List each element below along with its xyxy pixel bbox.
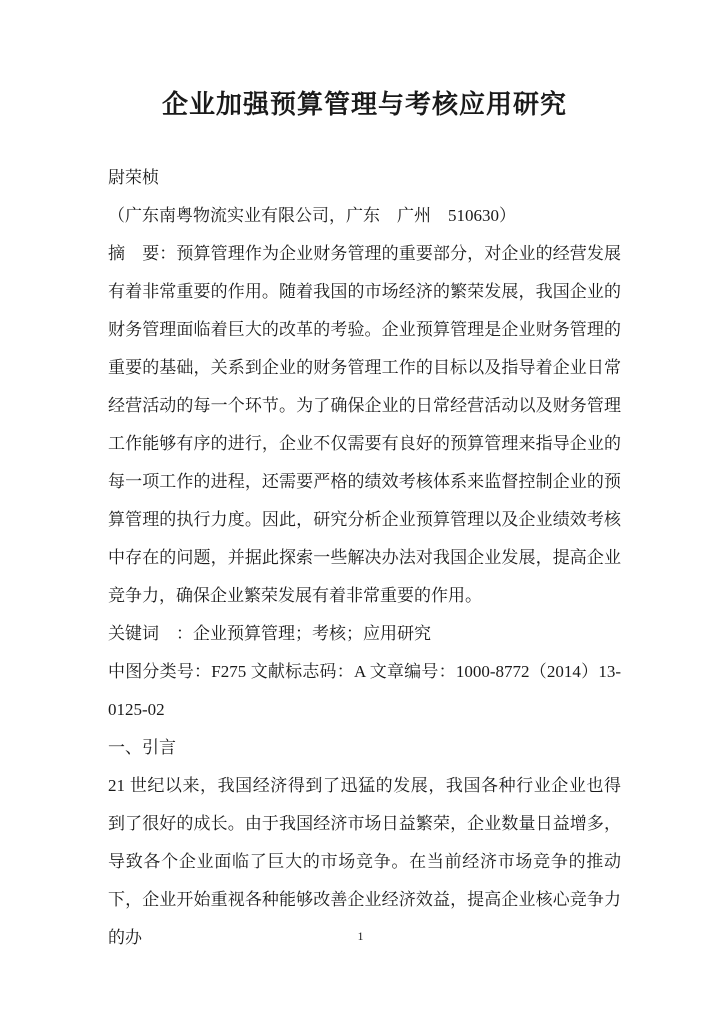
abstract-label: 摘 要：	[108, 244, 176, 263]
section-heading: 一、引言	[108, 729, 621, 767]
classification-line: 中图分类号：F275 文献标志码：A 文章编号：1000-8772（2014）1…	[108, 653, 621, 729]
keywords-line: 关键词 ：企业预算管理；考核；应用研究	[108, 615, 621, 653]
author-affiliation: （广东南粤物流实业有限公司，广东 广州 510630）	[108, 197, 621, 235]
keywords-text: 企业预算管理；考核；应用研究	[193, 624, 431, 643]
document-page: 企业加强预算管理与考核应用研究 尉荣桢 （广东南粤物流实业有限公司，广东 广州 …	[0, 0, 721, 1020]
paper-title: 企业加强预算管理与考核应用研究	[108, 88, 621, 122]
keywords-label: 关键词 ：	[108, 624, 193, 643]
page-number: 1	[0, 928, 721, 944]
page-content: 企业加强预算管理与考核应用研究 尉荣桢 （广东南粤物流实业有限公司，广东 广州 …	[108, 0, 621, 957]
abstract-text: 预算管理作为企业财务管理的重要部分，对企业的经营发展有着非常重要的作用。随着我国…	[108, 244, 621, 605]
author-name: 尉荣桢	[108, 159, 621, 197]
abstract-paragraph: 摘 要：预算管理作为企业财务管理的重要部分，对企业的经营发展有着非常重要的作用。…	[108, 235, 621, 615]
